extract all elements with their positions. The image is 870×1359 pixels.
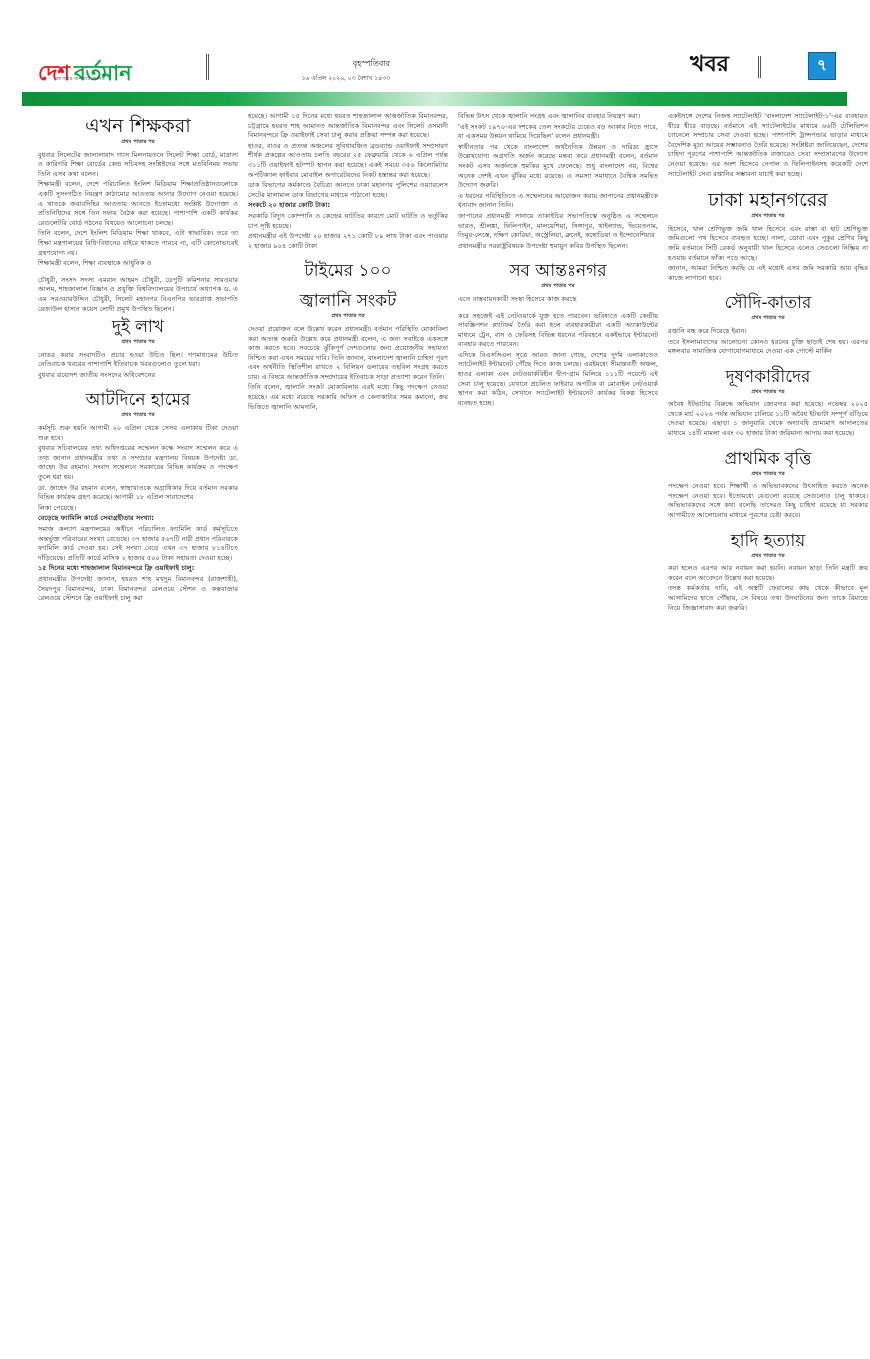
article-paragraph: এ ধরনের পরিস্থিতিতে এ সম্মেলনের আয়োজন ক… [458, 192, 658, 211]
headline[interactable]: হাদি হত্যায় [668, 530, 868, 552]
article-paragraph: তদন্ত কর্মকর্তার দাবি, এই অস্ত্রটি ফেরাল… [668, 584, 868, 613]
continued-from-label: প্রথম পাতার পর [668, 314, 868, 324]
article-paragraph: হিসেবে, খাল শ্রেণিভুক্ত জমি খাল হিসেবে এ… [668, 225, 868, 263]
column-3: বিভিন্ন উৎস থেকে জ্বালানি সংগ্রহ এবং জ্ব… [458, 112, 658, 409]
article-dui-lakh: দুই লাখ প্রথম পাতার পর নোঙর করার সংবাদটি… [38, 316, 238, 380]
continued-from-label: প্রথম পাতার পর [38, 411, 238, 421]
continued-from-label: প্রথম পাতার পর [668, 388, 868, 398]
article-sob-antonagar: সব আন্তঃনগর প্রথম পাতার পর এতে বাস্তবায়… [458, 260, 658, 304]
column-4: একইসঙ্গে দেশের নিজস্ব স্যাটেলাইট 'বাংলাদ… [668, 112, 868, 614]
column-2: হয়েছে। আগামী ১৫ দিনের মধ্যে হযরত শাহজাল… [248, 112, 448, 413]
column-1: এখন শিক্ষকরা প্রথম পাতার পর বুধবার সিলেট… [38, 112, 238, 605]
article-hadi-hatya: হাদি হত্যায় প্রথম পাতার পর করা হলেও এরপ… [668, 530, 868, 614]
article-paragraph: হয়েছে। আগামী ১৫ দিনের মধ্যে হযরত শাহজাল… [248, 112, 448, 141]
article-paragraph: এদিকে বিএসসিএল সূত্রে আরও জানা গেছে, দেশ… [458, 351, 658, 409]
continued-from-label: প্রথম পাতার পর [248, 312, 448, 322]
logo-tagline: আপামর জনতার দৈনিক [56, 76, 105, 83]
article-paragraph: তবে ইসলামাবাদের আলোচনা কোনও ধরনের চুক্তি… [668, 338, 868, 357]
article-paragraph: বুধবার সচিবালয়ের তথ্য অধিদপ্তরের সম্মেল… [38, 444, 238, 482]
article-saudi-qatar: সৌদি-কাতার প্রথম পাতার পর রপ্তানি বন্ধ ক… [668, 292, 868, 356]
continued-from-label: প্রথম পাতার পর [458, 282, 658, 292]
article-paragraph: ডা. জাহেদ উর রহমান বলেন, স্বাস্থ্যখাতকে … [38, 484, 238, 503]
article-paragraph: সরকারি বিদ্যুৎ কোম্পানি ও কেন্দ্রের ঘাটত… [248, 212, 448, 231]
headline[interactable]: সব আন্তঃনগর [458, 260, 658, 282]
article-paragraph: প্রধানমন্ত্রীর পররাষ্ট্রবিষয়ক উপদেষ্টা … [458, 242, 658, 252]
article-paragraph: ডাক বিভাগের কর্মকাণ্ডে বৈচিত্র্য আনতে ঢা… [248, 181, 448, 200]
article-paragraph: জানান, আমরা নিশ্চিত করছি যে এই মধ্যেই এস… [668, 264, 868, 283]
article-paragraph: তিনি বলেন, দেশে ইংলিশ মিডিয়াম শিক্ষা থা… [38, 229, 238, 258]
headline[interactable]: এখন শিক্ষকরা [38, 114, 238, 138]
article-paragraph: স্বাধীনতার পর থেকে বাংলাদেশ অর্থনৈতিক উন… [458, 143, 658, 191]
headline[interactable]: টাইমের ১০০ [248, 260, 448, 282]
publication-date: ১৬ এপ্রিল ২০২৬, ০৩ বৈশাখ ১৪৩৩ [170, 73, 390, 84]
continued-from-label: প্রথম পাতার পর [38, 338, 238, 348]
article-paragraph: দেওয়া প্রয়োজন বলে উল্লেখ করেন প্রধানমন… [248, 325, 448, 383]
article-paragraph: প্রধানমন্ত্রীর এই উপদেষ্টা ২০ হাজার ২৭১ … [248, 232, 448, 251]
article-subhead: বেড়েছে ফ্যামিলি কার্ডে সেবাগ্রহীতার সংখ… [38, 514, 238, 524]
article-paragraph: করে সহজেই এই নেটওয়ার্কে যুক্ত হতে পারবে… [458, 312, 658, 350]
article-timer-100: টাইমের ১০০ [248, 260, 448, 282]
article-paragraph: একইসঙ্গে দেশের নিজস্ব স্যাটেলাইট 'বাংলাদ… [668, 112, 868, 179]
date-block: বৃহস্পতিবার ১৬ এপ্রিল ২০২৬, ০৩ বৈশাখ ১৪৩… [170, 58, 390, 84]
article-paragraph: চৌধুরী, সংসদ সদস্য এমরান আহমদ চৌধুরী, ডে… [38, 276, 238, 314]
section-divider [758, 56, 761, 78]
article-paragraph: 'এই সংকট ১৯৭০-এর দশকের তেল সংকটের চেয়েও… [458, 123, 658, 142]
headline[interactable]: সৌদি-কাতার [668, 292, 868, 314]
section-title: খবর [690, 52, 729, 78]
article-paragraph: বুধবার সিলেটের জালালাবাদ গ্যাস মিলনায়তন… [38, 151, 238, 180]
page-number-badge: ৭ [808, 52, 836, 80]
article-paragraph: প্রধানমন্ত্রীর উপদেষ্টা জানান, হযরত শাহ … [38, 575, 238, 604]
article-paragraph: লিকা পেয়েছে। [38, 504, 238, 514]
weekday: বৃহস্পতিবার [170, 58, 390, 71]
article-paragraph: তিনি বলেন, জ্বালানি সংকট মোকাবিলায় এরই … [248, 383, 448, 412]
article-paragraph: সমাজ কল্যাণ মন্ত্রণালয়ের অধীনে পরিচালিত… [38, 525, 238, 563]
article-paragraph: করা হলেও এরপর আর নবায়ন করা হয়নি। নবায়… [668, 564, 868, 583]
headline[interactable]: জ্বালানি সংকট [248, 290, 448, 312]
article-jalani-sankat: জ্বালানি সংকট প্রথম পাতার পর দেওয়া প্রয… [248, 290, 448, 412]
article-paragraph: শিক্ষামন্ত্রী বলেন, দেশে পরিচালিত ইংলিশ … [38, 180, 238, 228]
article-paragraph: শিক্ষামন্ত্রী বলেন, শিক্ষা ব্যবস্থাকে আধ… [38, 259, 238, 269]
masthead: দেশ বর্তমান আপামর জনতার দৈনিক বৃহস্পতিবা… [0, 0, 870, 80]
article-paragraph: অবৈধ ইটভাটার বিরুদ্ধে অভিযান জোরদার করা … [668, 400, 868, 438]
article-paragraph: কর্মসূচি শুরু হয়নি আগামী ২০ এপ্রিল থেকে… [38, 424, 238, 443]
article-paragraph: পদক্ষেপ নেওয়া হবে। শিক্ষার্থী ও অভিভাবক… [668, 482, 868, 520]
article-paragraph: নোঙর করার সংবাদটিও প্রচার হওয়া উচিত ছিল… [38, 351, 238, 370]
article-paragraph: বুধবার ত্রয়োদশ জাতীয় সংসদের অধিবেশনের [38, 371, 238, 381]
headline[interactable]: আটদিনে হামের [38, 389, 238, 411]
article-prathomik-britti: প্রাথমিক বৃত্তি প্রথম পাতার পর পদক্ষেপ ন… [668, 448, 868, 521]
article-paragraph: জাপানের প্রধানমন্ত্রী সানায়ে তাকাইচির স… [458, 212, 658, 241]
continued-from-label: প্রথম পাতার পর [668, 552, 868, 562]
article-paragraph: বিভিন্ন উৎস থেকে জ্বালানি সংগ্রহ এবং জ্ব… [458, 112, 658, 122]
article-subhead: ১৫ দিনের মধ্যে শাহজালাল বিমানবন্দরে ফ্রি… [38, 564, 238, 574]
headline[interactable]: প্রাথমিক বৃত্তি [668, 448, 868, 470]
headline[interactable]: দূষণকারীদের [668, 366, 868, 388]
article-subhead: সংকটে ২০ হাজার কোটি টাকা: [248, 201, 448, 211]
headline[interactable]: ঢাকা মহানগরের [668, 188, 868, 212]
article-dhaka-mahanagar: ঢাকা মহানগরের প্রথম পাতার পর হিসেবে, খাল… [668, 188, 868, 283]
article-shikkhok: এখন শিক্ষকরা প্রথম পাতার পর বুধবার সিলেট… [38, 114, 238, 269]
green-header-band [22, 92, 847, 106]
article-dushankari: দূষণকারীদের প্রথম পাতার পর অবৈধ ইটভাটার … [668, 366, 868, 439]
headline[interactable]: দুই লাখ [38, 316, 238, 338]
article-paragraph: হাওর, বাওর ও প্রত্যন্ত অঞ্চলের সুবিধাবঞ্… [248, 142, 448, 180]
continued-from-label: প্রথম পাতার পর [668, 470, 868, 480]
article-attadine-hamer: আটদিনে হামের প্রথম পাতার পর কর্মসূচি শুর… [38, 389, 238, 603]
continued-from-label: প্রথম পাতার পর [38, 138, 238, 148]
continued-from-label: প্রথম পাতার পর [668, 212, 868, 222]
article-paragraph: এতে বাস্তবায়নকারী সংস্থা হিসেবে কাজ করছ… [458, 295, 658, 305]
article-paragraph: রপ্তানি বন্ধ করে দিয়েছে ইরান। [668, 327, 868, 337]
